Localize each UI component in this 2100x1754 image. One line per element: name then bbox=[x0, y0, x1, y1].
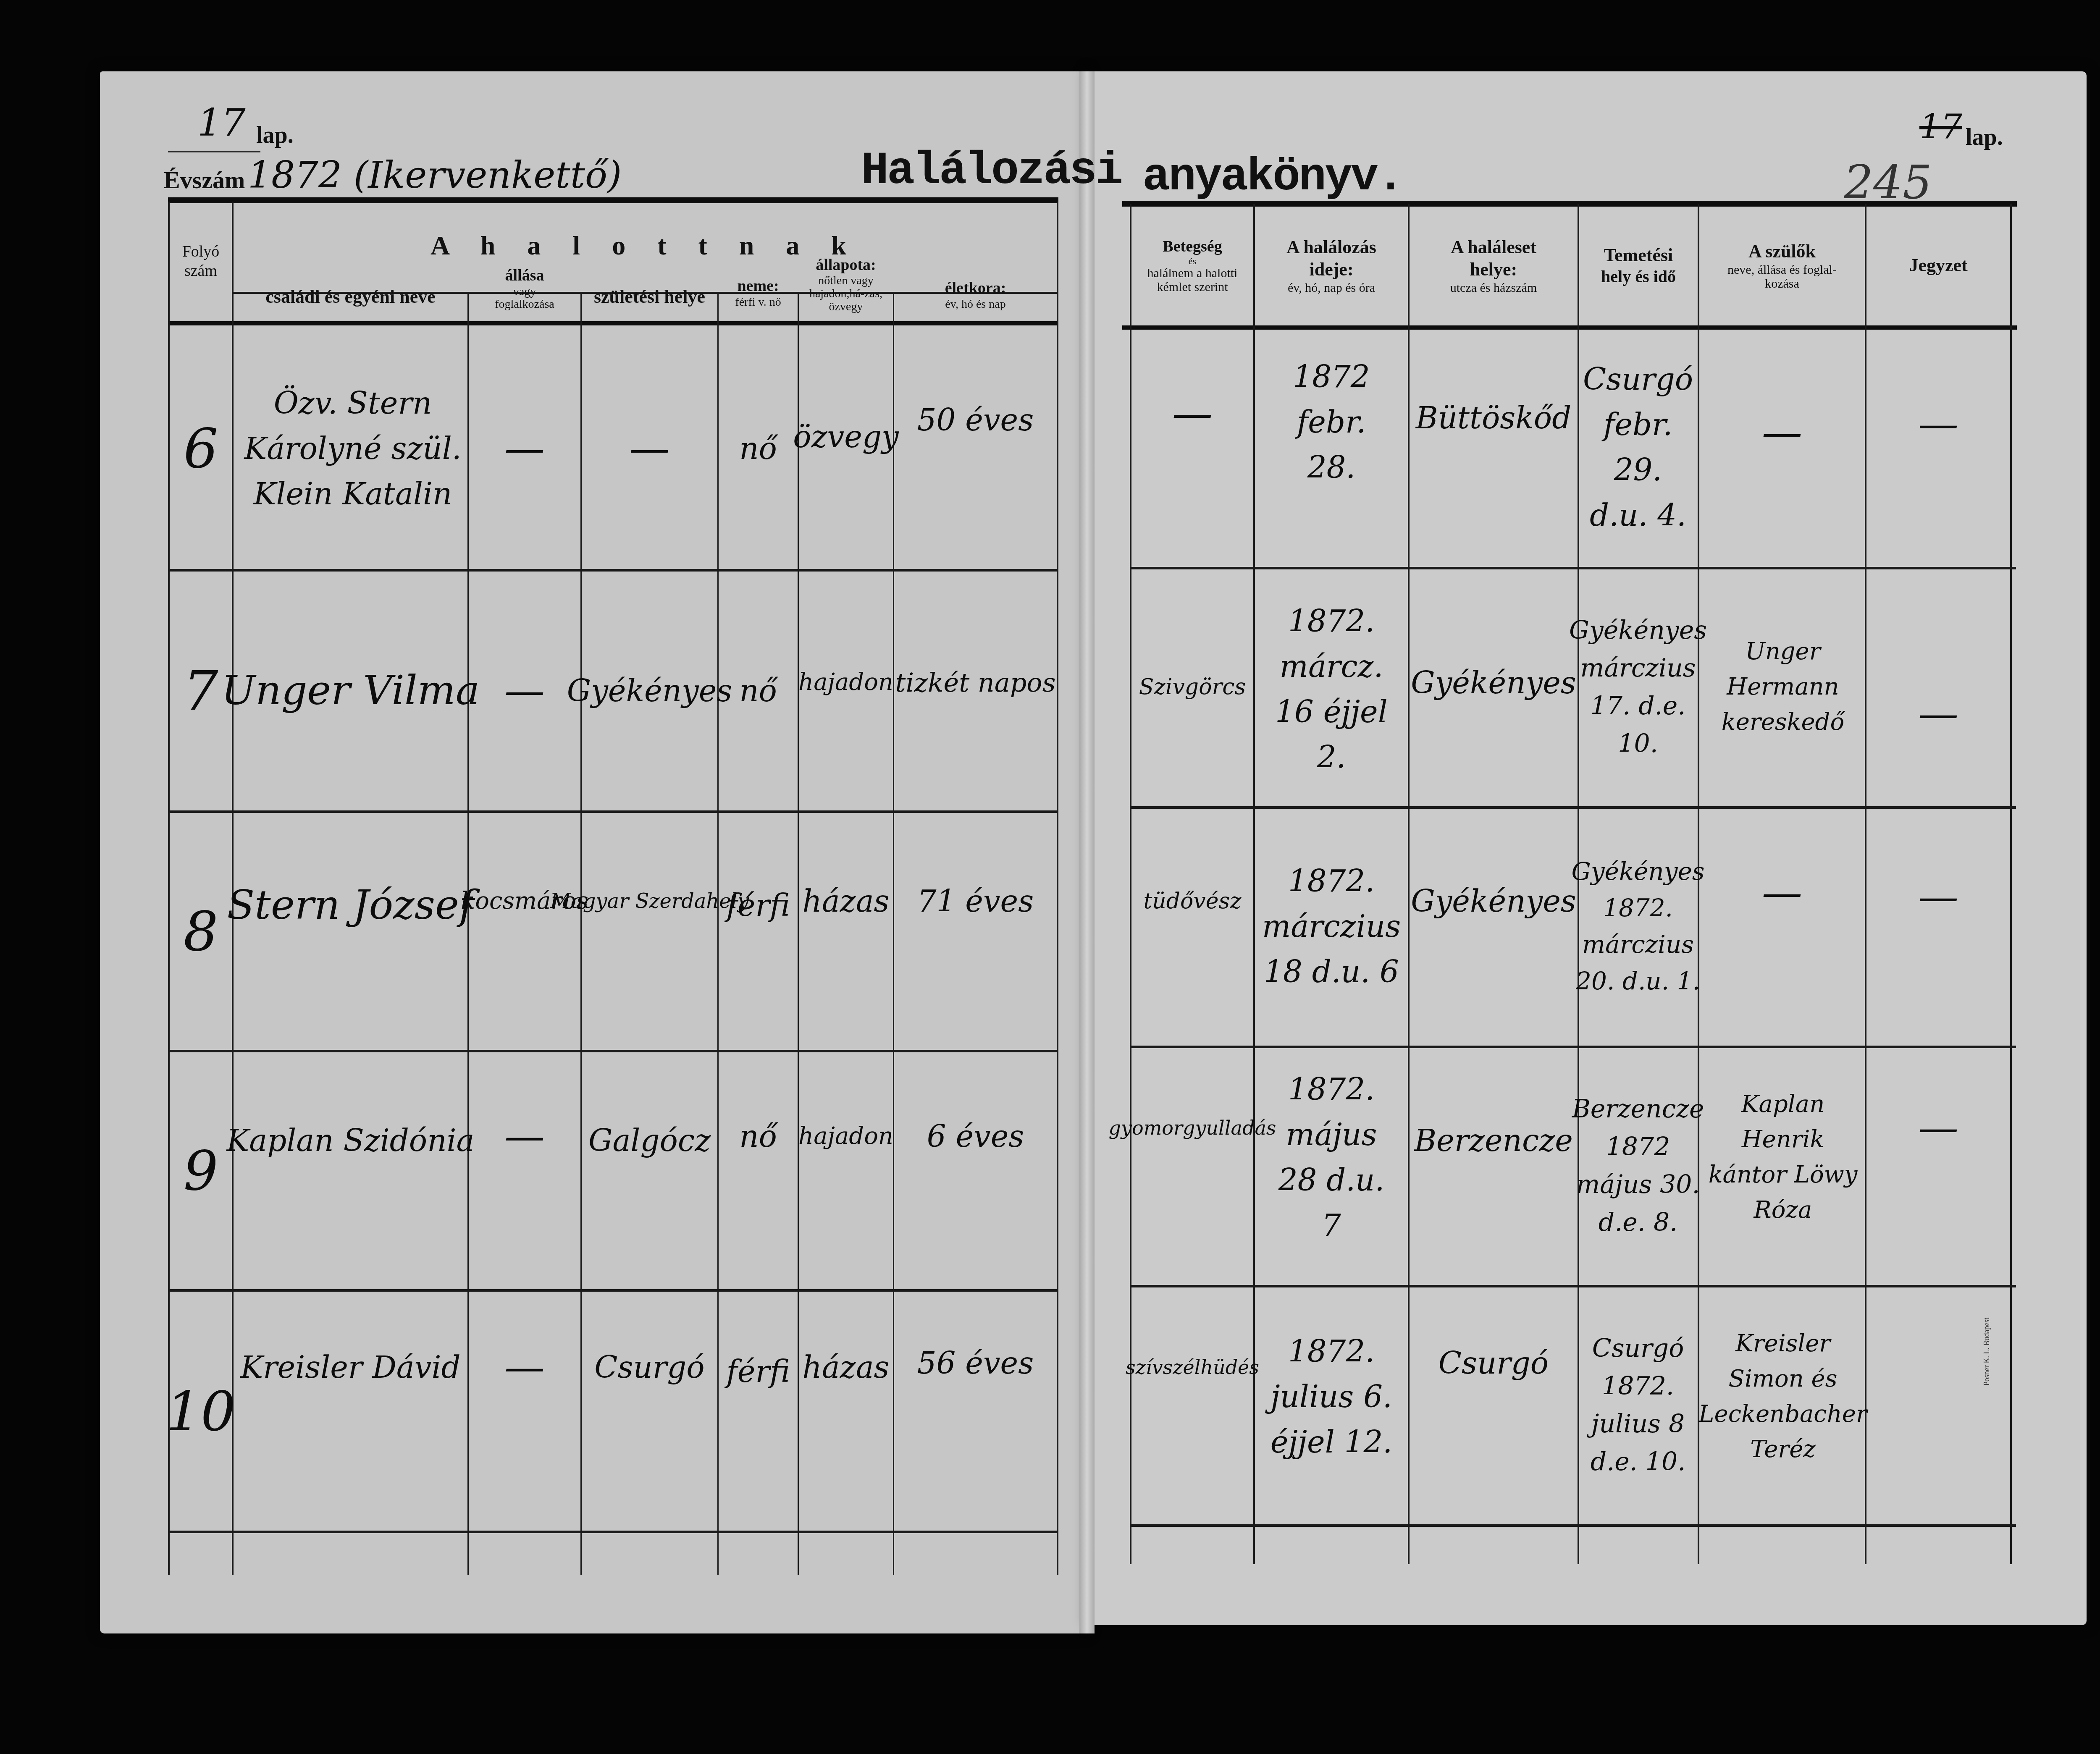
row-10-death-time: 1872. julius 6. éjjel 12. bbox=[1264, 1287, 1399, 1506]
row-10-age: 56 éves bbox=[894, 1292, 1057, 1434]
row-10-sex: férfi bbox=[719, 1292, 798, 1451]
col-rule bbox=[1057, 202, 1058, 1575]
col-header-main: családi és egyéni neve bbox=[265, 286, 436, 308]
col-header-cause: Betegség és halálnem a halotti kémlet sz… bbox=[1131, 206, 1253, 325]
col-header-main: Folyó bbox=[182, 242, 220, 262]
col-header-main: A haláleset helye: bbox=[1439, 236, 1548, 281]
row-6-death-time: 1872 febr. 28. bbox=[1268, 330, 1394, 514]
col-rule bbox=[2010, 204, 2012, 1564]
col-header-birthplace: születési helye bbox=[582, 294, 717, 321]
row-9-num: 9 bbox=[170, 1052, 232, 1289]
row-10-burial: Csurgó 1872. julius 8 d.e. 10. bbox=[1583, 1287, 1693, 1523]
col-header-main: A szülők bbox=[1748, 241, 1816, 263]
row-8-burial: Gyékényes 1872. márczius 20. d.u. 1. bbox=[1583, 809, 1693, 1044]
row-6-note: — bbox=[1866, 330, 2010, 519]
group-header-text: A h a l o t t n a k bbox=[430, 231, 859, 260]
col-header-sub: utcza és házszám bbox=[1450, 281, 1537, 295]
row-9-cause: gyomorgyulladás bbox=[1131, 1048, 1253, 1208]
row-9-death-time: 1872. május 28 d.u. 7 bbox=[1264, 1048, 1399, 1266]
row-8-note: — bbox=[1866, 809, 2010, 985]
row-8-death-time: 1872. márczius 18 d.u. 6 bbox=[1264, 809, 1399, 1044]
row-6-status: özvegy bbox=[799, 328, 893, 546]
col-header-sub: év, hó és nap bbox=[945, 298, 1005, 311]
row-10-occupation: — bbox=[469, 1292, 580, 1443]
col-header-main: neme: bbox=[737, 277, 779, 296]
row-6-cause: — bbox=[1131, 330, 1253, 498]
row-7-death-time: 1872. márcz. 16 éjjel 2. bbox=[1264, 569, 1399, 809]
row-9-burial: Berzencze 1872 május 30. d.e. 8. bbox=[1583, 1048, 1693, 1283]
year-value: 1872 (Ikervenkettő) bbox=[248, 153, 622, 197]
row-8-cause: tüdővész bbox=[1131, 809, 1253, 994]
row-7-burial: Gyékényes márczius 17. d.e. 10. bbox=[1583, 569, 1693, 805]
row-9-death-place: Berzencze bbox=[1410, 1048, 1578, 1233]
group-header: A h a l o t t n a k bbox=[233, 202, 1056, 290]
row-6-burial: Csurgó febr. 29. d.u. 4. bbox=[1583, 330, 1693, 565]
col-header-main: Betegség bbox=[1163, 237, 1222, 257]
row-8-death-place: Gyékényes bbox=[1410, 809, 1578, 994]
col-header-sub2: foglalkozása bbox=[495, 298, 554, 311]
col-header-sex: neme: férfi v. nő bbox=[719, 294, 798, 321]
row-10-death-place: Csurgó bbox=[1410, 1287, 1578, 1439]
col-header-occupation: állása vagy foglalkozása bbox=[469, 294, 580, 321]
col-header-main: állása bbox=[505, 266, 544, 286]
row-8-age: 71 éves bbox=[894, 813, 1057, 989]
printer-mark: Posner K. L. Budapest bbox=[1982, 1318, 1991, 1386]
row-6-age: 50 éves bbox=[894, 328, 1057, 512]
col-header-burial: Temetési hely és idő bbox=[1579, 206, 1698, 325]
col-header-parents: A szülők neve, állása és foglal-kozása bbox=[1699, 206, 1865, 325]
row-7-parents: Unger Hermann kereskedő bbox=[1705, 569, 1861, 805]
left-page-number: 17 bbox=[197, 101, 246, 145]
row-8-status: házas bbox=[799, 813, 893, 989]
col-header-sub: év, hó, nap és óra bbox=[1288, 281, 1375, 295]
row-6-birthplace: — bbox=[582, 328, 717, 569]
col-header-main: Jegyzet bbox=[1909, 254, 1967, 277]
row-7-death-place: Gyékényes bbox=[1410, 569, 1578, 796]
col-header-note: Jegyzet bbox=[1866, 206, 2010, 325]
title-right: anyakönyv. bbox=[1142, 151, 1403, 204]
row-8-num: 8 bbox=[170, 813, 232, 1050]
col-header-sub: halálnem a halotti kémlet szerint bbox=[1131, 266, 1253, 294]
row-8-parents: — bbox=[1699, 809, 1865, 977]
row-8-name: Stern József bbox=[234, 813, 467, 998]
left-header-bottom-rule bbox=[168, 321, 1058, 325]
col-header-main: A halálozás ideje: bbox=[1277, 236, 1386, 281]
right-page-number: 17 bbox=[1919, 107, 1962, 146]
row-10-parents: Kreisler Simon és Leckenbacher Teréz bbox=[1705, 1287, 1861, 1506]
row-9-age: 6 éves bbox=[894, 1052, 1057, 1220]
row-7-cause: Szivgörcs bbox=[1131, 569, 1253, 805]
right-header-bottom-rule bbox=[1122, 325, 2017, 330]
row-9-birthplace: Galgócz bbox=[582, 1052, 717, 1229]
row-6-num: 6 bbox=[170, 328, 232, 569]
title-left: Halálozási bbox=[861, 145, 1121, 197]
row-7-age: tizkét napos bbox=[894, 571, 1057, 794]
row-7-name: Unger Vilma bbox=[234, 571, 467, 810]
col-header-sub: vagy bbox=[513, 286, 536, 299]
row-6-occupation: — bbox=[469, 328, 580, 569]
col-header-sub: neve, állása és foglal-kozása bbox=[1719, 263, 1845, 291]
row-9-occupation: — bbox=[469, 1052, 580, 1220]
page-number-underline bbox=[168, 151, 260, 152]
row-6-sex: nő bbox=[719, 328, 798, 569]
col-header-death-place: A haláleset helye: utcza és házszám bbox=[1410, 206, 1578, 325]
row-6-parents: — bbox=[1699, 330, 1865, 535]
col-header-sub: szám bbox=[184, 262, 217, 281]
row-9-parents: Kaplan Henrik kántor Löwy Róza bbox=[1705, 1048, 1861, 1266]
col-header-main: életkora: bbox=[945, 279, 1006, 298]
col-header-sub: nőtlen vagy hajadon,há-zas, özvegy bbox=[804, 275, 888, 313]
col-header-sub: férfi v. nő bbox=[735, 296, 781, 309]
left-page-label: lap. bbox=[256, 122, 294, 149]
row-9-status: hajadon bbox=[799, 1052, 893, 1220]
row-10-cause: szívszélhüdés bbox=[1131, 1287, 1253, 1447]
row-10-birthplace: Csurgó bbox=[582, 1292, 717, 1443]
row-6-death-place: Büttöskőd bbox=[1410, 330, 1578, 506]
col-header-name: családi és egyéni neve bbox=[234, 294, 467, 321]
row-6-name: Özv. Stern Károlyné szül. Klein Katalin bbox=[244, 328, 462, 569]
col-header-folyo-szam: Folyó szám bbox=[170, 202, 232, 321]
right-page-label: lap. bbox=[1966, 124, 2003, 151]
col-header-main: Temetési bbox=[1604, 244, 1673, 267]
row-7-note: — bbox=[1866, 588, 2010, 840]
row-9-sex: nő bbox=[719, 1052, 798, 1220]
row-9-name: Kaplan Szidónia bbox=[234, 1052, 467, 1229]
row-7-occupation: — bbox=[469, 571, 580, 810]
row-8-sex: férfi bbox=[719, 813, 798, 998]
row-rule bbox=[168, 1531, 1058, 1533]
col-header-sub: hely és idő bbox=[1601, 267, 1676, 287]
col-header-main: állapota: bbox=[816, 256, 876, 275]
row-10-status: házas bbox=[799, 1292, 893, 1443]
col-header-tiny: és bbox=[1189, 256, 1196, 266]
row-rule bbox=[1130, 1524, 2016, 1527]
row-7-birthplace: Gyékényes bbox=[582, 571, 717, 810]
row-10-name: Kreisler Dávid bbox=[234, 1292, 467, 1443]
col-header-death-time: A halálozás ideje: év, hó, nap és óra bbox=[1255, 206, 1408, 325]
col-header-status: állapota: nőtlen vagy hajadon,há-zas, öz… bbox=[799, 294, 893, 321]
row-7-sex: nő bbox=[719, 571, 798, 810]
col-header-age: életkora: év, hó és nap bbox=[894, 294, 1057, 321]
row-8-birthplace: Magyar Szerdahely bbox=[582, 813, 717, 989]
row-9-note: — bbox=[1866, 1048, 2010, 1208]
row-10-num: 10 bbox=[170, 1292, 232, 1531]
year-label: Évszám bbox=[164, 166, 245, 194]
book-gutter bbox=[1079, 71, 1095, 1633]
row-7-status: hajadon bbox=[799, 571, 893, 794]
col-header-main: születési helye bbox=[594, 286, 705, 308]
